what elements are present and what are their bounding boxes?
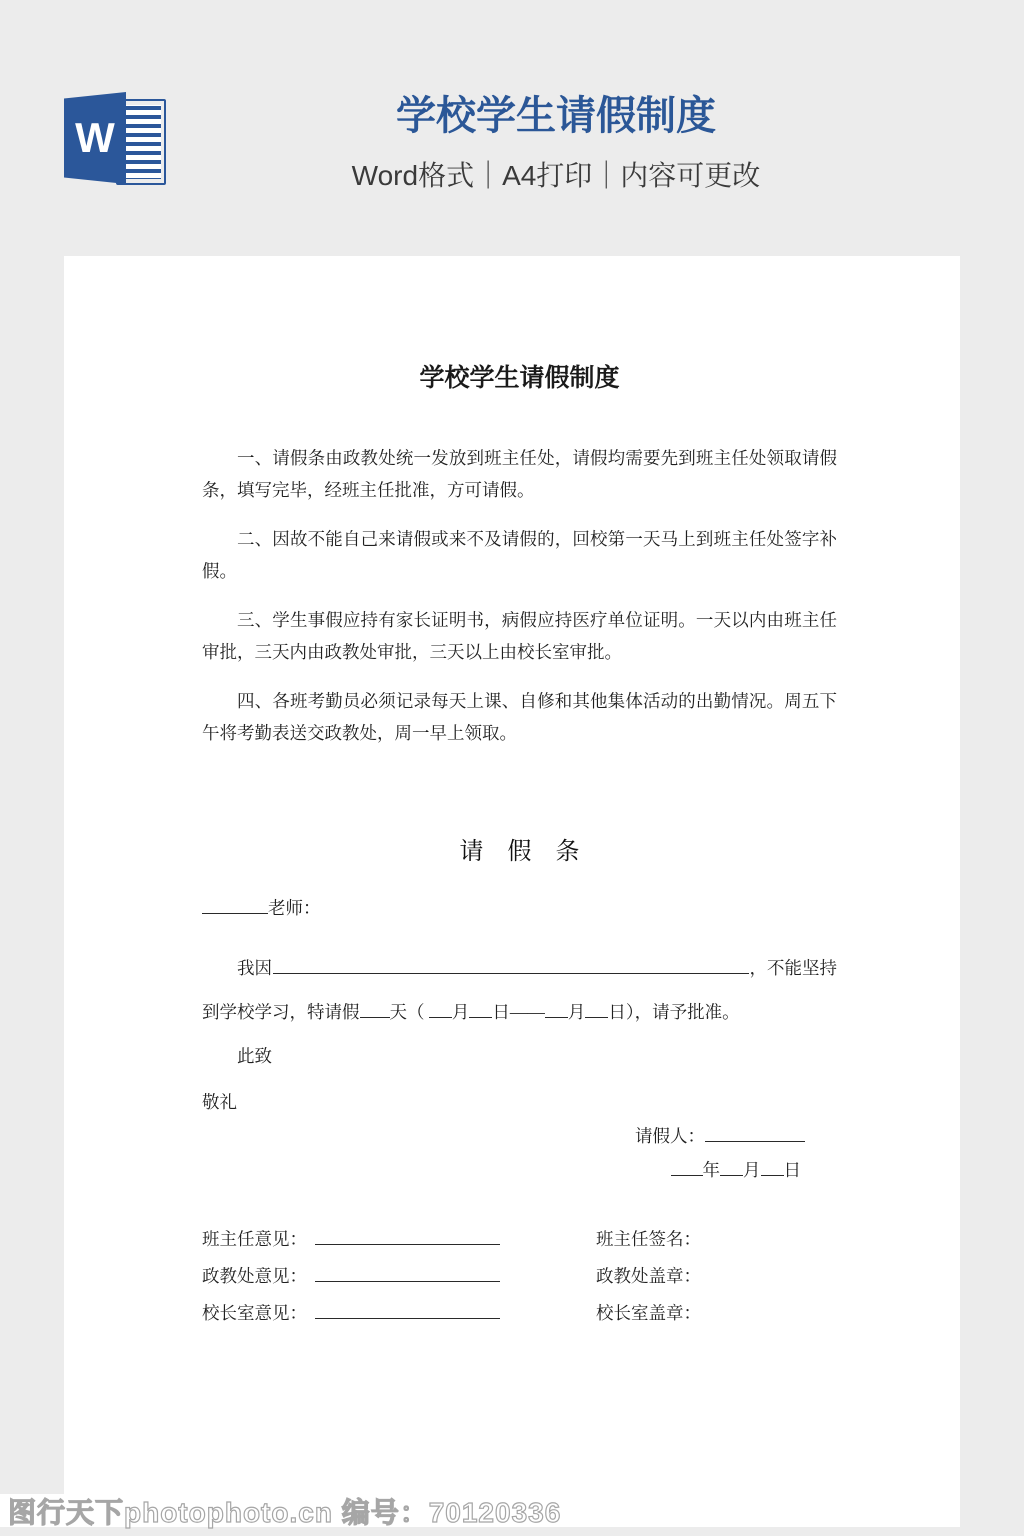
duration-line: 到学校学习，特请假天（ 月日——月日），请予批准。 <box>202 995 837 1029</box>
word-cover-icon: W <box>64 92 126 184</box>
signer-line: 请假人： <box>202 1119 837 1153</box>
duration-text: 日），请予批准。 <box>608 1002 739 1022</box>
teacher-name-blank <box>202 893 268 914</box>
month-blank <box>720 1155 743 1176</box>
date-line: 年月日 <box>202 1153 837 1187</box>
month-blank <box>429 997 452 1018</box>
paragraph-4: 四、各班考勤员必须记录每天上课、自修和其他集体活动的出勤情况。周五下午将考勤表送… <box>202 685 837 749</box>
salute-jingli: 敬礼 <box>202 1085 837 1119</box>
document-page: 学校学生请假制度 一、请假条由政教处统一发放到班主任处，请假均需要先到班主任处领… <box>64 256 960 1522</box>
watermark-text: 图行天下photophoto.cn 编号：70120336 <box>0 1491 561 1531</box>
seal-label: 校长室盖章： <box>596 1295 837 1332</box>
paragraph-3: 三、学生事假应持有家长证明书，病假应持医疗单位证明。一天以内由班主任审批，三天内… <box>202 604 837 668</box>
month-blank <box>545 997 568 1018</box>
word-icon: W <box>64 92 160 184</box>
day-label: 日 <box>784 1160 802 1180</box>
day-blank <box>469 997 492 1018</box>
salute-cizhi: 此致 <box>202 1039 837 1073</box>
page-title: 学校学生请假制度 <box>88 94 1024 138</box>
preview-header: W 学校学生请假制度 Word格式｜A4打印｜内容可更改 <box>0 0 1024 256</box>
opinion-blank <box>315 1261 500 1282</box>
duration-text: 天（ <box>390 1002 429 1022</box>
duration-text: 月 <box>568 1002 586 1022</box>
day-blank <box>761 1155 784 1176</box>
signature-label: 班主任签名： <box>596 1221 837 1258</box>
leave-note-heading: 请 假 条 <box>202 837 837 867</box>
opinion-row: 政教处意见： 政教处盖章： <box>202 1258 837 1295</box>
days-blank <box>360 997 390 1018</box>
opinion-row: 校长室意见： 校长室盖章： <box>202 1295 837 1332</box>
opinion-left: 政教处意见： <box>202 1258 596 1295</box>
opinion-label: 政教处意见： <box>202 1258 307 1295</box>
duration-text: 月 <box>452 1002 470 1022</box>
opinion-blank <box>315 1298 500 1319</box>
paragraph-1: 一、请假条由政教处统一发放到班主任处，请假均需要先到班主任处领取请假条，填写完毕… <box>202 442 837 506</box>
day-blank <box>585 997 608 1018</box>
signer-label: 请假人： <box>635 1126 705 1146</box>
opinion-left: 校长室意见： <box>202 1295 596 1332</box>
reason-prefix: 我因 <box>237 951 272 985</box>
opinion-label: 校长室意见： <box>202 1295 307 1332</box>
opinion-blank <box>315 1224 500 1245</box>
reason-line: 我因 ，不能坚持 <box>202 947 837 985</box>
opinion-row: 班主任意见： 班主任签名： <box>202 1221 837 1258</box>
reason-suffix: ，不能坚持 <box>750 951 838 985</box>
duration-text: 日—— <box>492 1002 545 1022</box>
opinion-left: 班主任意见： <box>202 1221 596 1258</box>
paragraph-2: 二、因故不能自己来请假或来不及请假的，回校第一天马上到班主任处签字补假。 <box>202 523 837 587</box>
opinion-rows: 班主任意见： 班主任签名： 政教处意见： 政教处盖章： 校长室意见： 校长室盖章… <box>202 1221 837 1332</box>
reason-blank <box>273 947 749 974</box>
month-label: 月 <box>743 1160 761 1180</box>
seal-label: 政教处盖章： <box>596 1258 837 1295</box>
document-body: 一、请假条由政教处统一发放到班主任处，请假均需要先到班主任处领取请假条，填写完毕… <box>202 442 837 749</box>
watermark-bar: 图行天下photophoto.cn 编号：70120336 <box>0 1494 960 1527</box>
word-letter: W <box>75 117 115 159</box>
duration-text: 到学校学习，特请假 <box>202 1002 360 1022</box>
teacher-line: 老师： <box>202 891 837 925</box>
page-subtitle: Word格式｜A4打印｜内容可更改 <box>88 154 1024 194</box>
year-blank <box>671 1155 703 1176</box>
opinion-label: 班主任意见： <box>202 1221 307 1258</box>
header-titles: 学校学生请假制度 Word格式｜A4打印｜内容可更改 <box>88 0 1024 194</box>
teacher-label: 老师： <box>268 898 321 918</box>
signer-blank <box>705 1121 805 1142</box>
document-title: 学校学生请假制度 <box>202 256 837 392</box>
year-label: 年 <box>703 1160 721 1180</box>
